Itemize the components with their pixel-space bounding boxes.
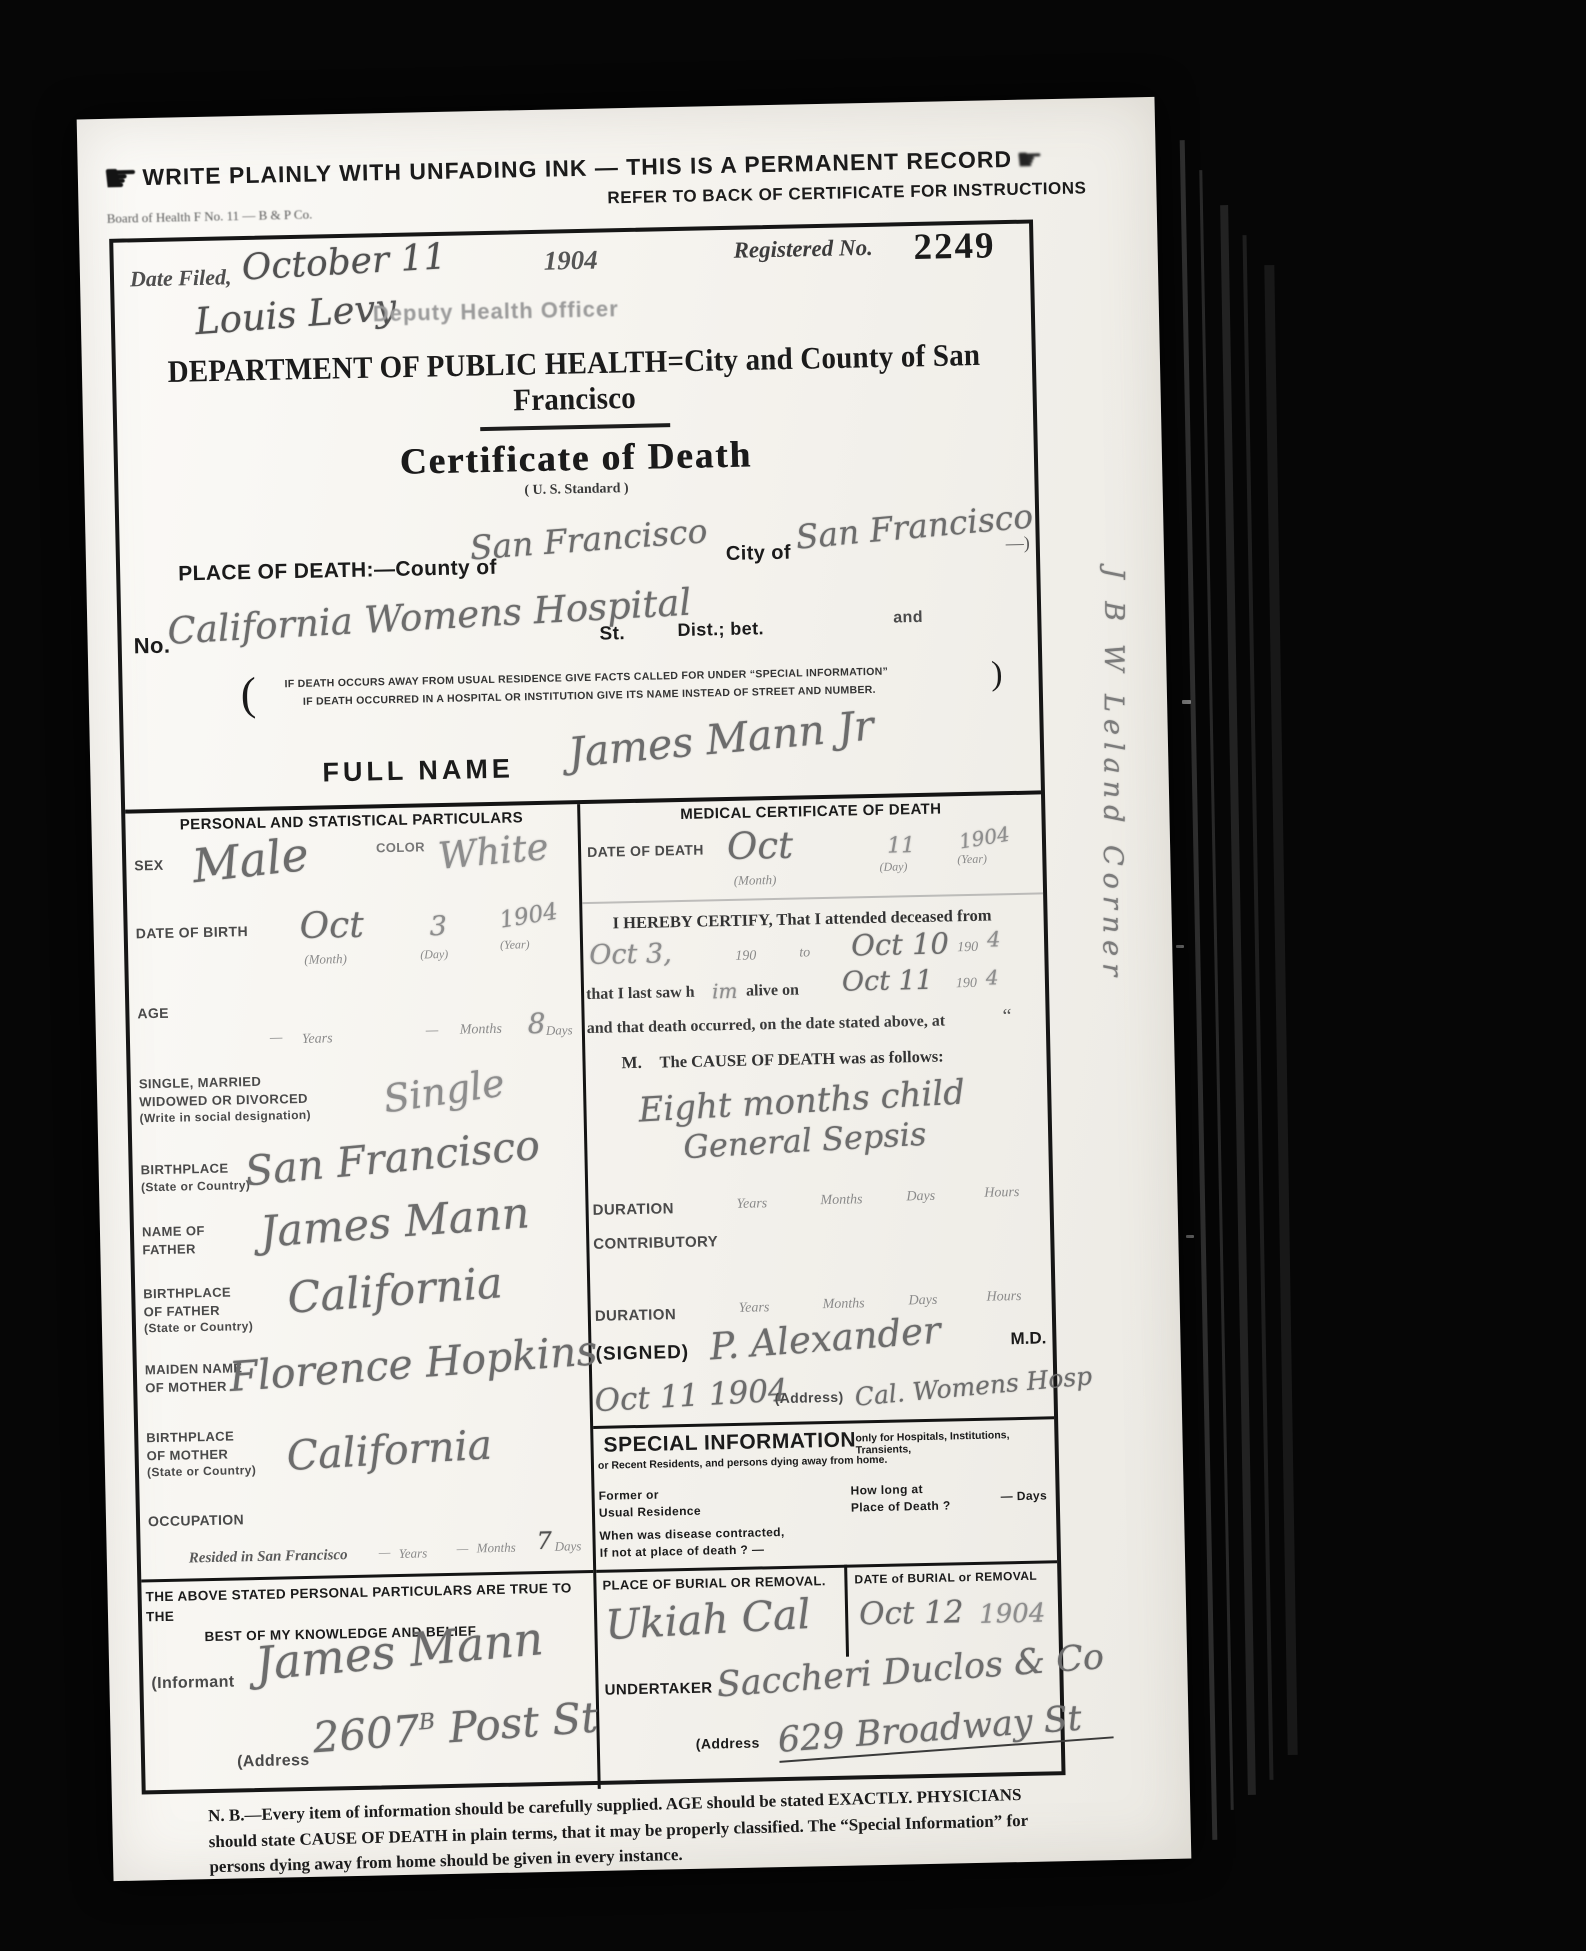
mother-birthplace-label-line1: BIRTHPLACE (146, 1427, 256, 1447)
age-dash1: — (270, 1030, 283, 1046)
page-edge-mark (1186, 1235, 1194, 1238)
city-of-label: City of (726, 542, 791, 566)
resided-dash2: — (457, 1541, 469, 1557)
date-filed-value: October 11 (241, 236, 448, 288)
address-sup: B (418, 1709, 436, 1735)
duration2-days: Days (908, 1293, 937, 1310)
age-label: AGE (137, 1005, 169, 1022)
mother-maiden-label-line2: OF MOTHER (145, 1377, 243, 1397)
occupation-label: OCCUPATION (148, 1511, 244, 1529)
certify-from-value: Oct 3, (589, 938, 672, 971)
birthplace-value: San Francisco (243, 1121, 542, 1196)
age-years-sub: Years (302, 1031, 333, 1048)
st-label: St. (599, 623, 625, 646)
dob-day-value: 3 (429, 911, 447, 942)
dod-label: DATE OF DEATH (587, 842, 704, 860)
age-days-sub: Days (546, 1022, 573, 1039)
scanned-death-certificate-photo: ☛ WRITE PLAINLY WITH UNFADING INK — THIS… (0, 0, 1586, 1951)
mother-birthplace-label-line2: OF MOTHER (146, 1445, 256, 1465)
dod-year-value: 1904 (957, 822, 1011, 854)
birthplace-label: BIRTHPLACE (State or Country) (141, 1159, 251, 1195)
special-note1: only for Hospitals, Institutions, Transi… (855, 1428, 1054, 1456)
former-residence-label: Former or Usual Residence (598, 1486, 701, 1522)
birthplace-label-sub: (State or Country) (141, 1177, 251, 1195)
registered-no-value: 2249 (913, 224, 996, 269)
duration2-months: Months (822, 1296, 864, 1313)
death-occurred-line: and that death occurred, on the date sta… (587, 1012, 946, 1038)
duration1-months: Months (820, 1192, 862, 1209)
medical-header: MEDICAL CERTIFICATE OF DEATH (580, 798, 1041, 825)
margin-handwriting: J B W Leland Corner (1096, 568, 1129, 1038)
mother-birthplace-label: BIRTHPLACE OF MOTHER (State or Country) (146, 1427, 256, 1481)
sex-label: SEX (134, 857, 164, 874)
informant-address-label: (Address (237, 1752, 310, 1772)
address-street: Post St (447, 1693, 599, 1753)
signed-value: P. Alexander (708, 1309, 942, 1369)
color-label: COLOR (376, 839, 425, 855)
father-name-label-line1: NAME OF (142, 1222, 205, 1241)
duration2-years: Years (739, 1300, 770, 1317)
page-edge-mark (1182, 700, 1191, 704)
duration1-hours: Hours (984, 1185, 1019, 1202)
undertaker-address-label: (Address (696, 1735, 760, 1752)
certify-190a: 190 (735, 948, 756, 964)
dob-label: DATE OF BIRTH (136, 923, 249, 941)
lastsaw-hw: im (712, 979, 738, 1004)
certify-to-label: to (799, 945, 810, 961)
dob-year-value: 1904 (498, 899, 560, 934)
resided-days-sub: Days (554, 1538, 581, 1555)
informant-address-value: 2607B Post St (311, 1693, 600, 1763)
marital-value: Single (381, 1061, 508, 1122)
year-stamp: 1904 (543, 245, 598, 277)
certify-topline (582, 892, 1043, 904)
dod-year-sub: (Year) (957, 852, 987, 868)
pointing-hand-icon: ☛ (102, 155, 139, 201)
title-rule (480, 423, 670, 431)
residence-note-lines: IF DEATH OCCURS AWAY FROM USUAL RESIDENC… (284, 664, 888, 712)
father-birthplace-label-sub: (State or Country) (144, 1318, 254, 1336)
cause-of-death-label: The CAUSE OF DEATH was as follows: (659, 1047, 944, 1073)
resided-months-sub: Months (477, 1540, 516, 1557)
officer-title-stamp: Deputy Health Officer (373, 296, 619, 327)
mother-maiden-value: Florence Hopkins (228, 1326, 599, 1401)
dod-month-sub: (Month) (734, 872, 777, 889)
dob-day-sub: (Day) (420, 947, 448, 963)
resided-days-value: 7 (536, 1527, 552, 1555)
dob-year-sub: (Year) (500, 937, 530, 953)
signed-label: (SIGNED) (595, 1342, 689, 1366)
certificate-page: ☛ WRITE PLAINLY WITH UNFADING INK — THIS… (77, 97, 1192, 1881)
duration1-years: Years (736, 1196, 767, 1213)
mother-birthplace-value: California (285, 1421, 493, 1480)
father-birthplace-label: BIRTHPLACE OF FATHER (State or Country) (143, 1283, 253, 1337)
place-of-death-label: PLACE OF DEATH:—County of (178, 556, 497, 587)
personal-column: PERSONAL AND STATISTICAL PARTICULARS SEX… (125, 804, 601, 1798)
disease-contracted-label: When was disease contracted, If not at p… (599, 1524, 785, 1561)
how-long-label: How long at Place of Death ? (850, 1480, 950, 1516)
dod-day-sub: (Day) (879, 859, 907, 875)
burial-place-value: Ukiah Cal (604, 1590, 812, 1649)
line-end-mark: —) (1006, 533, 1030, 554)
printer-mark: Board of Health F No. 11 — B & P Co. (107, 207, 313, 227)
resided-dash1: — (379, 1544, 391, 1560)
father-name-label: NAME OF FATHER (142, 1222, 205, 1258)
dod-month-value: Oct (727, 824, 794, 868)
father-birthplace-label-line2: OF FATHER (143, 1301, 253, 1321)
footnote: N. B.—Every item of information should b… (208, 1781, 1050, 1879)
how-long-line2: Place of Death ? (851, 1497, 951, 1516)
dist-bet-label: Dist.; bet. (677, 618, 764, 641)
resided-years-sub: Years (399, 1545, 428, 1562)
pointing-hand-icon: ☛ (1016, 143, 1044, 177)
duration1-label: DURATION (592, 1200, 674, 1219)
m-label: M. (621, 1053, 642, 1073)
informant-label: (Informant (151, 1674, 234, 1694)
undertaker-address-value: 629 Broadway St (776, 1696, 1113, 1762)
medical-column: MEDICAL CERTIFICATE OF DEATH DATE OF DEA… (580, 794, 1062, 1788)
ditto-mark: “ (1002, 1005, 1011, 1028)
duration1-days: Days (906, 1189, 935, 1206)
special-header: SPECIAL INFORMATION (603, 1428, 856, 1457)
duration2-label: DURATION (595, 1306, 677, 1325)
burial-date-label: DATE of BURIAL or REMOVAL (854, 1569, 1037, 1587)
dod-day-value: 11 (887, 833, 916, 859)
registered-no-label: Registered No. (733, 235, 873, 264)
undertaker-label: UNDERTAKER (605, 1680, 713, 1699)
father-birthplace-label-line1: BIRTHPLACE (143, 1283, 253, 1303)
full-name-label: FULL NAME (322, 753, 514, 788)
former-residence-line1: Former or (598, 1486, 700, 1505)
certificate-columns: PERSONAL AND STATISTICAL PARTICULARS SEX… (125, 790, 1062, 1798)
duration2-hours: Hours (986, 1289, 1021, 1306)
county-value: San Francisco (468, 511, 708, 567)
disease-contracted-line2: If not at place of death ? — (600, 1541, 786, 1562)
burial-cell-divider (844, 1565, 849, 1657)
undertaker-value: Saccheri Duclos & Co (715, 1637, 1105, 1705)
age-days-value: 8 (527, 1007, 546, 1040)
md-label: M.D. (1010, 1328, 1046, 1349)
birthplace-label-line1: BIRTHPLACE (141, 1159, 251, 1179)
color-value: White (436, 825, 550, 878)
lastsaw-print2: alive on (746, 982, 799, 1001)
certify-190b: 190 (957, 940, 978, 956)
open-paren: ( (240, 667, 256, 720)
close-paren: ) (991, 655, 1003, 693)
father-name-label-line2: FATHER (142, 1240, 205, 1259)
signed-address-label: (Address) (774, 1389, 843, 1406)
resided-label: Resided in San Francisco (189, 1547, 348, 1567)
city-value: San Francisco (794, 496, 1035, 556)
signed-date-value: Oct 11 1904 (594, 1373, 789, 1420)
burial-date-year: 1904 (979, 1599, 1046, 1630)
lastsaw-print1: that I last saw h (586, 984, 695, 1004)
burial-date-month: Oct 12 (859, 1594, 964, 1632)
sex-value: Male (190, 827, 312, 893)
mother-birthplace-label-sub: (State or Country) (147, 1462, 257, 1480)
contributory-label: CONTRIBUTORY (593, 1233, 718, 1253)
date-filed-label: Date Filed, (130, 264, 232, 292)
marital-label-line3: (Write in social designation) (139, 1107, 311, 1127)
certify-to-value: Oct 10 (851, 926, 949, 962)
father-birthplace-value: California (286, 1258, 505, 1324)
lastsaw-value: Oct 11 (842, 965, 934, 998)
signed-address-value: Cal. Womens Hosp (854, 1361, 1094, 1411)
days-mark: — Days (1001, 1488, 1048, 1503)
how-long-line1: How long at (850, 1480, 950, 1499)
certify-to-year-digit: 4 (987, 927, 1001, 951)
father-name-value: James Mann (258, 1188, 531, 1258)
address-number: 2607 (311, 1706, 421, 1763)
no-label: No. (133, 633, 170, 660)
dob-month-sub: (Month) (304, 951, 347, 968)
age-dash2: — (426, 1023, 439, 1039)
marital-label: SINGLE, MARRIED WIDOWED OR DIVORCED (Wri… (139, 1072, 311, 1127)
special-divider (593, 1416, 1054, 1429)
page-edge-line (1264, 265, 1297, 1755)
certificate-box: Date Filed, October 11 1904 Registered N… (109, 219, 1065, 1794)
and-label: and (893, 609, 923, 628)
dob-month-value: Oct (299, 905, 364, 947)
lastsaw-year-digit: 4 (986, 965, 999, 989)
page-edge-mark (1176, 945, 1184, 948)
age-months-sub: Months (460, 1022, 502, 1039)
former-residence-line2: Usual Residence (599, 1503, 701, 1522)
certify-190c: 190 (956, 976, 977, 992)
